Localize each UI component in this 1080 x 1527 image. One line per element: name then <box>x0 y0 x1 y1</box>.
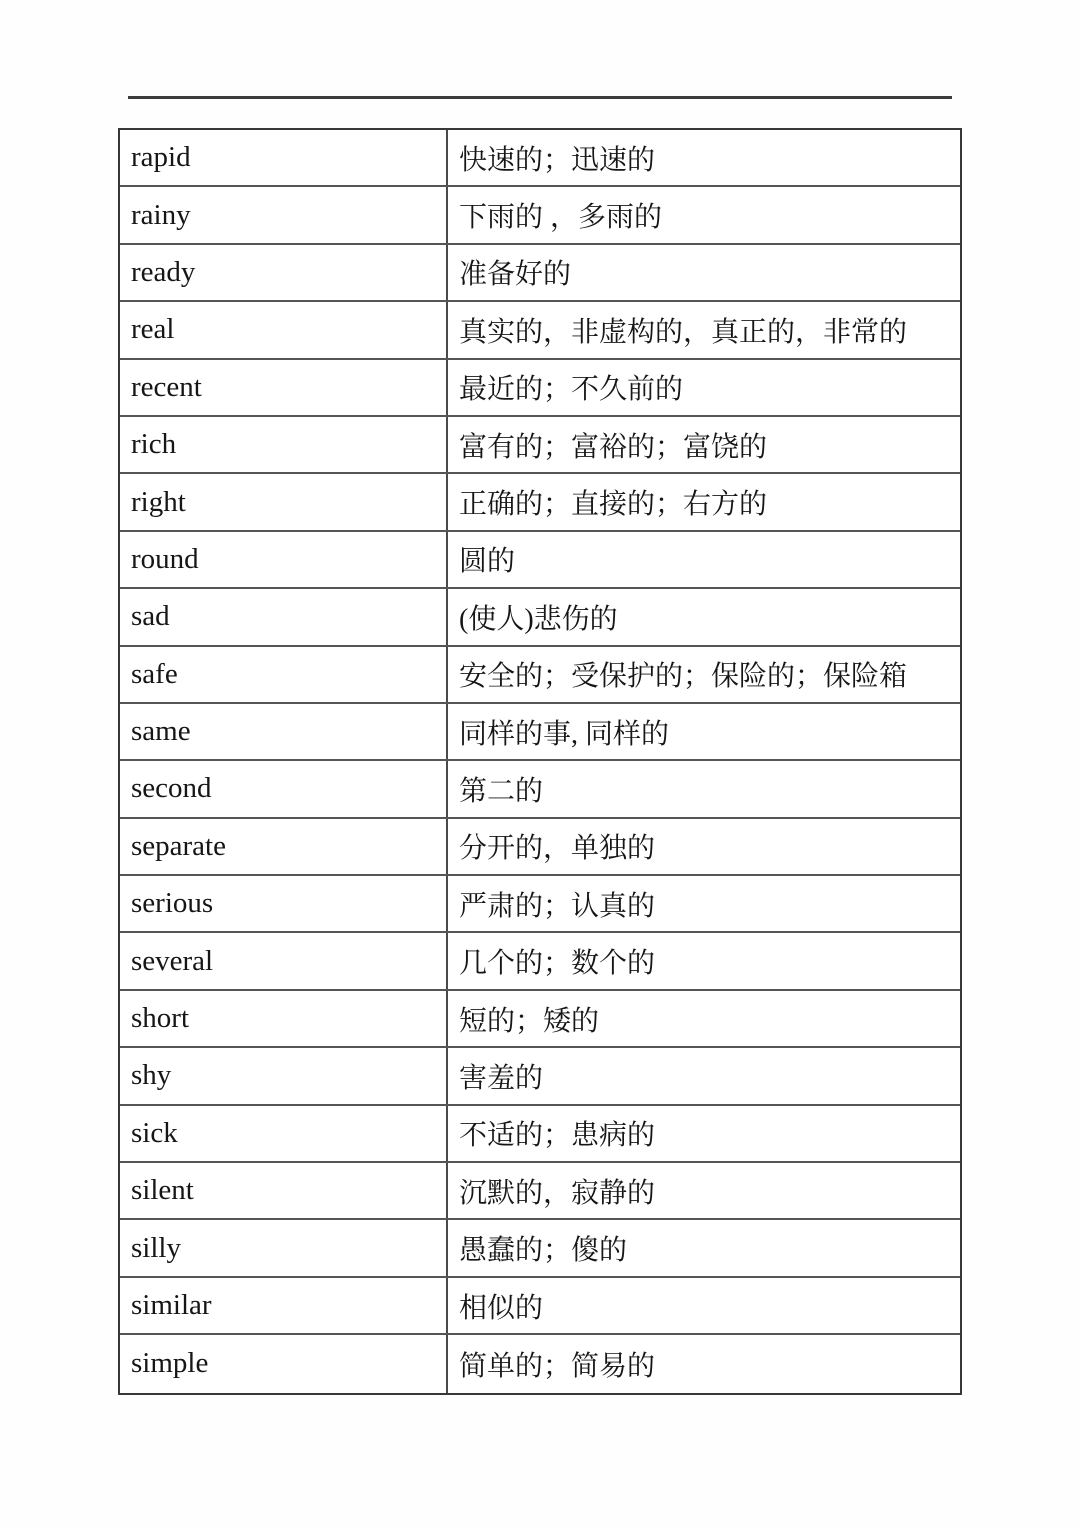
english-word: silly <box>131 1232 181 1265</box>
chinese-meaning: 准备好的 <box>459 252 571 292</box>
english-word: second <box>131 772 212 805</box>
english-word: several <box>131 945 213 978</box>
english-word: similar <box>131 1289 212 1322</box>
chinese-meaning: 真实的，非虚构的，真正的，非常的 <box>459 310 907 350</box>
table-row: sick 不适的；患病的 <box>120 1106 960 1163</box>
chinese-meaning-cell: 短的；矮的 <box>448 991 960 1046</box>
english-word-cell: sad <box>120 589 448 644</box>
chinese-meaning-cell: 真实的，非虚构的，真正的，非常的 <box>448 302 960 357</box>
english-word-cell: several <box>120 933 448 988</box>
table-row: silly 愚蠢的；傻的 <box>120 1220 960 1277</box>
english-word-cell: rich <box>120 417 448 472</box>
table-row: round 圆的 <box>120 532 960 589</box>
chinese-meaning-cell: 快速的；迅速的 <box>448 130 960 185</box>
table-row: same 同样的事, 同样的 <box>120 704 960 761</box>
table-row: second 第二的 <box>120 761 960 818</box>
english-word-cell: silent <box>120 1163 448 1218</box>
chinese-meaning-cell: 分开的，单独的 <box>448 819 960 874</box>
chinese-meaning-cell: 几个的；数个的 <box>448 933 960 988</box>
table-row: silent 沉默的，寂静的 <box>120 1163 960 1220</box>
english-word-cell: rapid <box>120 130 448 185</box>
chinese-meaning: 害羞的 <box>459 1056 543 1096</box>
english-word: ready <box>131 256 195 289</box>
table-row: rainy 下雨的 ，多雨的 <box>120 187 960 244</box>
english-word-cell: right <box>120 474 448 529</box>
chinese-meaning: 富有的；富裕的；富饶的 <box>459 425 767 465</box>
chinese-meaning: 简单的；简易的 <box>459 1344 655 1384</box>
english-word: round <box>131 543 199 576</box>
chinese-meaning-cell: 沉默的，寂静的 <box>448 1163 960 1218</box>
chinese-meaning: 短的；矮的 <box>459 999 599 1039</box>
chinese-meaning-cell: 愚蠢的；傻的 <box>448 1220 960 1275</box>
english-word-cell: separate <box>120 819 448 874</box>
table-row: simple 简单的；简易的 <box>120 1335 960 1392</box>
chinese-meaning: 愚蠢的；傻的 <box>459 1228 627 1268</box>
table-row: serious 严肃的；认真的 <box>120 876 960 933</box>
chinese-meaning-cell: 下雨的 ，多雨的 <box>448 187 960 242</box>
english-word-cell: ready <box>120 245 448 300</box>
english-word-cell: short <box>120 991 448 1046</box>
table-row: several 几个的；数个的 <box>120 933 960 990</box>
chinese-meaning: 最近的；不久前的 <box>459 367 683 407</box>
table-row: separate 分开的，单独的 <box>120 819 960 876</box>
english-word: real <box>131 313 174 346</box>
english-word-cell: second <box>120 761 448 816</box>
chinese-meaning-cell: 富有的；富裕的；富饶的 <box>448 417 960 472</box>
english-word-cell: simple <box>120 1335 448 1392</box>
table-row: shy 害羞的 <box>120 1048 960 1105</box>
chinese-meaning-cell: 不适的；患病的 <box>448 1106 960 1161</box>
chinese-meaning: 分开的，单独的 <box>459 826 655 866</box>
table-row: ready 准备好的 <box>120 245 960 302</box>
chinese-meaning-cell: 安全的；受保护的；保险的；保险箱 <box>448 647 960 702</box>
table-row: rapid 快速的；迅速的 <box>120 130 960 187</box>
english-word-cell: rainy <box>120 187 448 242</box>
table-row: similar 相似的 <box>120 1278 960 1335</box>
chinese-meaning-cell: 相似的 <box>448 1278 960 1333</box>
english-word: rich <box>131 428 176 461</box>
english-word-cell: real <box>120 302 448 357</box>
chinese-meaning: 下雨的 ，多雨的 <box>459 195 662 235</box>
english-word: safe <box>131 658 178 691</box>
english-word-cell: shy <box>120 1048 448 1103</box>
vocabulary-table: rapid 快速的；迅速的 rainy 下雨的 ，多雨的 ready 准备好的 … <box>118 128 962 1395</box>
english-word-cell: safe <box>120 647 448 702</box>
english-word: simple <box>131 1347 208 1380</box>
table-row: rich 富有的；富裕的；富饶的 <box>120 417 960 474</box>
table-row: right 正确的；直接的；右方的 <box>120 474 960 531</box>
table-row: recent 最近的；不久前的 <box>120 360 960 417</box>
english-word: shy <box>131 1059 171 1092</box>
chinese-meaning-cell: 圆的 <box>448 532 960 587</box>
horizontal-rule <box>128 96 952 99</box>
chinese-meaning-cell: (使人)悲伤的 <box>448 589 960 644</box>
table-row: short 短的；矮的 <box>120 991 960 1048</box>
english-word-cell: similar <box>120 1278 448 1333</box>
english-word-cell: sick <box>120 1106 448 1161</box>
table-row: sad (使人)悲伤的 <box>120 589 960 646</box>
chinese-meaning: 严肃的；认真的 <box>459 884 655 924</box>
table-row: real 真实的，非虚构的，真正的，非常的 <box>120 302 960 359</box>
table-row: safe 安全的；受保护的；保险的；保险箱 <box>120 647 960 704</box>
english-word: rapid <box>131 141 191 174</box>
english-word-cell: round <box>120 532 448 587</box>
english-word: same <box>131 715 191 748</box>
chinese-meaning: 安全的；受保护的；保险的；保险箱 <box>459 654 907 694</box>
english-word: sick <box>131 1117 178 1150</box>
chinese-meaning-cell: 简单的；简易的 <box>448 1335 960 1392</box>
chinese-meaning: 不适的；患病的 <box>459 1113 655 1153</box>
chinese-meaning-cell: 最近的；不久前的 <box>448 360 960 415</box>
chinese-meaning: 沉默的，寂静的 <box>459 1171 655 1211</box>
chinese-meaning-cell: 害羞的 <box>448 1048 960 1103</box>
english-word: right <box>131 486 186 519</box>
chinese-meaning: 相似的 <box>459 1286 543 1326</box>
english-word: sad <box>131 600 170 633</box>
chinese-meaning-cell: 严肃的；认真的 <box>448 876 960 931</box>
english-word-cell: silly <box>120 1220 448 1275</box>
english-word-cell: serious <box>120 876 448 931</box>
chinese-meaning: 正确的；直接的；右方的 <box>459 482 767 522</box>
chinese-meaning: 同样的事, 同样的 <box>459 712 669 752</box>
chinese-meaning-cell: 同样的事, 同样的 <box>448 704 960 759</box>
chinese-meaning: 第二的 <box>459 769 543 809</box>
chinese-meaning-cell: 第二的 <box>448 761 960 816</box>
chinese-meaning: 圆的 <box>459 539 515 579</box>
chinese-meaning-cell: 准备好的 <box>448 245 960 300</box>
english-word: short <box>131 1002 189 1035</box>
english-word-cell: same <box>120 704 448 759</box>
english-word: serious <box>131 887 213 920</box>
english-word-cell: recent <box>120 360 448 415</box>
chinese-meaning: 几个的；数个的 <box>459 941 655 981</box>
chinese-meaning: 快速的；迅速的 <box>459 138 655 178</box>
chinese-meaning: (使人)悲伤的 <box>459 597 618 637</box>
english-word: separate <box>131 830 226 863</box>
chinese-meaning-cell: 正确的；直接的；右方的 <box>448 474 960 529</box>
english-word: recent <box>131 371 202 404</box>
document-page: rapid 快速的；迅速的 rainy 下雨的 ，多雨的 ready 准备好的 … <box>0 0 1080 1527</box>
english-word: rainy <box>131 199 191 232</box>
english-word: silent <box>131 1174 194 1207</box>
